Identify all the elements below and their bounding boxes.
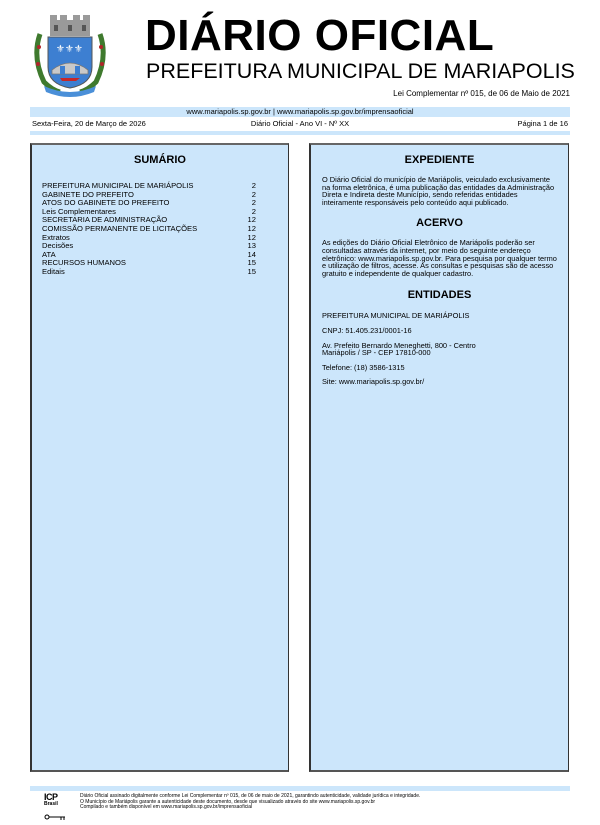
- svg-text:⚜: ⚜: [65, 44, 74, 55]
- entity-address: Av. Prefeito Bernardo Meneghetti, 800 - …: [311, 342, 568, 357]
- entity-cnpj: CNPJ: 51.405.231/0001-16: [311, 327, 568, 335]
- page-subtitle: PREFEITURA MUNICIPAL DE MARIAPOLIS: [146, 60, 575, 82]
- svg-text:⚜: ⚜: [56, 44, 65, 55]
- footer-line-availability: Compilado e também disponível em www.mar…: [80, 805, 420, 811]
- toc-item[interactable]: RECURSOS HUMANOS15: [42, 259, 256, 268]
- page-indicator: Página 1 de 16: [518, 118, 568, 130]
- entity-phone: Telefone: (18) 3586-1315: [311, 364, 568, 372]
- toc-item[interactable]: Extratos12: [42, 234, 256, 243]
- svg-text:⚜: ⚜: [74, 44, 83, 55]
- footer-legal-text: Diário Oficial assinado digitalmente con…: [80, 794, 420, 811]
- address-line-2: Mariápolis / SP - CEP 17810-000: [322, 349, 568, 357]
- footer-band: [30, 786, 570, 791]
- edition-info-bar: Sexta-Feira, 20 de Março de 2026 Diário …: [30, 118, 570, 130]
- expediente-heading: EXPEDIENTE: [311, 154, 568, 167]
- toc-item[interactable]: Editais15: [42, 268, 256, 277]
- table-of-contents: PREFEITURA MUNICIPAL DE MARIÁPOLIS2 GABI…: [42, 182, 256, 277]
- edition-number: Diário Oficial - Ano VI - Nº XX: [30, 118, 570, 130]
- entity-name: PREFEITURA MUNICIPAL DE MARIÁPOLIS: [311, 312, 568, 320]
- expediente-text: O Diário Oficial do município de Mariápo…: [311, 176, 568, 206]
- entity-site[interactable]: Site: www.mariapolis.sp.gov.br/: [311, 378, 568, 386]
- summary-heading: SUMÁRIO: [32, 154, 288, 167]
- acervo-heading: ACERVO: [311, 217, 568, 230]
- website-urls: www.mariapolis.sp.gov.br | www.mariapoli…: [30, 107, 570, 117]
- coat-of-arms-icon: ⚜ ⚜ ⚜: [30, 12, 110, 98]
- header-divider-band: [30, 131, 570, 135]
- entidades-heading: ENTIDADES: [311, 289, 568, 302]
- toc-item[interactable]: Decisões13: [42, 242, 256, 251]
- icp-brasil-logo-icon: ICP Brasil: [44, 793, 68, 817]
- publication-info-box: EXPEDIENTE O Diário Oficial do município…: [309, 143, 569, 772]
- summary-box: SUMÁRIO PREFEITURA MUNICIPAL DE MARIÁPOL…: [30, 143, 289, 772]
- law-reference: Lei Complementar nº 015, de 06 de Maio d…: [393, 89, 570, 99]
- acervo-text: As edições do Diário Oficial Eletrônico …: [311, 239, 568, 277]
- toc-item[interactable]: COMISSÃO PERMANENTE DE LICITAÇÕES12: [42, 225, 256, 234]
- key-icon: [44, 814, 66, 820]
- page-title: DIÁRIO OFICIAL: [145, 14, 494, 58]
